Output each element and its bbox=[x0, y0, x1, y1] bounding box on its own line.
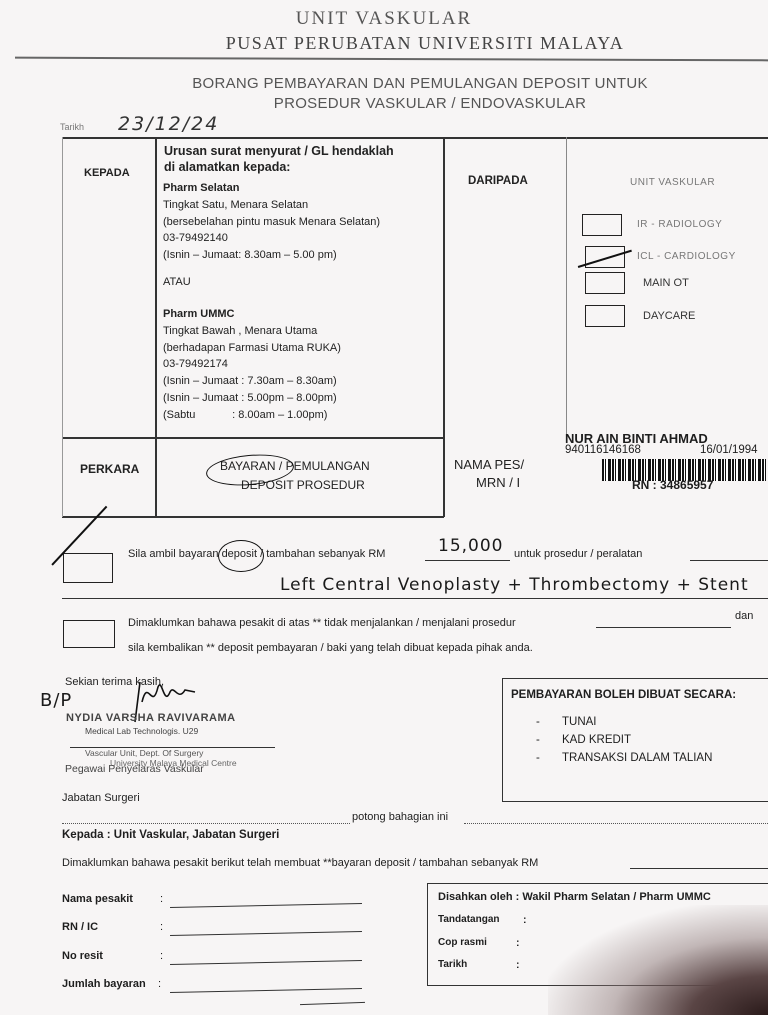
option2-line1: Dimaklumkan bahawa pesakit di atas ** ti… bbox=[128, 617, 516, 629]
pharm-ummc-address: Pharm UMMC Tingkat Bawah , Menara Utama(… bbox=[163, 306, 341, 424]
address-line: (Isnin – Jumaat : 7.30am – 8.30am) bbox=[163, 373, 341, 390]
bp-note: B/P bbox=[40, 690, 72, 711]
urusan-text: Urusan surat menyurat / GL hendaklah di … bbox=[164, 143, 394, 175]
option2-line2: sila kembalikan ** deposit pembayaran / … bbox=[128, 642, 533, 654]
unit-label: ICL - CARDIOLOGY bbox=[637, 251, 736, 262]
role-text: Pegawai Penyelaras Vaskular bbox=[65, 763, 204, 775]
colon: : bbox=[158, 978, 161, 990]
colon: : bbox=[523, 914, 527, 926]
slip-statement: Dimaklumkan bahawa pesakit berikut telah… bbox=[62, 857, 538, 869]
perkara-label: PERKARA bbox=[80, 462, 139, 476]
verify-field-label: Tandatangan bbox=[438, 914, 499, 925]
patient-dob: 16/01/1994 bbox=[700, 444, 758, 456]
payment-methods-box: PEMBAYARAN BOLEH DIBUAT SECARA: -TUNAI-K… bbox=[502, 678, 768, 802]
stamp-line2: Vascular Unit, Dept. Of Surgery bbox=[85, 748, 203, 758]
unit-vaskular-label: UNIT VASKULAR bbox=[630, 177, 715, 188]
payment-method-label: KAD KREDIT bbox=[562, 734, 631, 746]
slip-kepada: Kepada : Unit Vaskular, Jabatan Surgeri bbox=[62, 829, 279, 841]
slip-field-input[interactable] bbox=[170, 988, 362, 993]
colon: : bbox=[516, 937, 520, 949]
option2-dan: dan bbox=[735, 610, 753, 622]
slip-field-label: No resit bbox=[62, 950, 103, 962]
verify-field-label: Cop rasmi bbox=[438, 937, 487, 948]
patient-rn: RN : 34865957 bbox=[632, 478, 713, 492]
slip-field-label: RN / IC bbox=[62, 921, 98, 933]
payment-method-item: -TRANSAKSI DALAM TALIAN bbox=[536, 752, 712, 764]
payment-method-label: TUNAI bbox=[562, 716, 597, 728]
daripada-label: DARIPADA bbox=[468, 175, 528, 187]
option2-checkbox[interactable] bbox=[63, 620, 115, 648]
address-line: (bersebelahan pintu masuk Menara Selatan… bbox=[163, 214, 380, 231]
bullet-dash: - bbox=[536, 734, 562, 746]
peralatan-underline bbox=[690, 560, 768, 561]
payment-method-item: -TUNAI bbox=[536, 716, 597, 728]
form-title-line2: PROSEDUR VASKULAR / ENDOVASKULAR bbox=[0, 95, 768, 112]
option1-checkbox[interactable] bbox=[63, 553, 113, 583]
address-line: 03-79492140 bbox=[163, 230, 380, 247]
option1-text: Sila ambil bayaran deposit / tambahan se… bbox=[128, 548, 385, 560]
mrn-label: MRN / I bbox=[476, 475, 520, 490]
table-col-divider bbox=[155, 137, 157, 517]
unit-checkbox-icl-cardiology[interactable] bbox=[585, 246, 625, 268]
perkara-value: BAYARAN / PEMULANGAN DEPOSIT PROSEDUR bbox=[220, 458, 370, 494]
slip-field-input[interactable] bbox=[170, 960, 362, 965]
table-left-border bbox=[62, 137, 63, 517]
deposit-amount[interactable]: 15,000 bbox=[438, 536, 503, 556]
unit-heading: UNIT VASKULAR bbox=[0, 8, 768, 30]
bullet-dash: - bbox=[536, 752, 562, 764]
slip-amount-underline bbox=[630, 868, 768, 869]
kepada-label: KEPADA bbox=[84, 167, 130, 179]
header-divider bbox=[15, 57, 768, 62]
cut-label: potong bahagian ini bbox=[352, 811, 448, 823]
colon: : bbox=[160, 893, 163, 905]
option2-underline bbox=[596, 627, 731, 628]
patient-ic: 940116146168 bbox=[565, 444, 641, 456]
slip-field-input[interactable] bbox=[170, 903, 362, 908]
verify-field-label: Tarikh bbox=[438, 959, 467, 970]
address-line: (Sabtu : 8.00am – 1.00pm) bbox=[163, 407, 341, 424]
cut-line-left bbox=[62, 823, 350, 824]
stamp-name: NYDIA VARSHA RAVIVARAMA bbox=[66, 712, 236, 724]
colon: : bbox=[160, 921, 163, 933]
slip-field-label: Jumlah bayaran bbox=[62, 978, 146, 990]
slip-field-label: Nama pesakit bbox=[62, 893, 133, 905]
address-line: (Isnin – Jumaat : 5.00pm – 8.00pm) bbox=[163, 390, 341, 407]
checkmark-slash bbox=[51, 506, 107, 566]
institution-heading: PUSAT PERUBATAN UNIVERSITI MALAYA bbox=[0, 33, 768, 54]
address-line: Tingkat Satu, Menara Selatan bbox=[163, 197, 380, 214]
atau-label: ATAU bbox=[163, 274, 191, 291]
address-line: Tingkat Bawah , Menara Utama bbox=[163, 323, 341, 340]
date-label: Tarikh bbox=[60, 122, 84, 132]
urusan-line2: di alamatkan kepada: bbox=[164, 159, 394, 175]
procedure-underline bbox=[62, 598, 768, 599]
date-value[interactable]: 23/12/24 bbox=[118, 113, 219, 135]
table-bottom-border bbox=[62, 516, 444, 518]
stamp-line1: Medical Lab Technologis. U29 bbox=[85, 726, 198, 736]
table-col-divider-2 bbox=[443, 137, 445, 517]
cut-line-right bbox=[464, 823, 768, 824]
extra-underline bbox=[300, 1002, 365, 1005]
bullet-dash: - bbox=[536, 716, 562, 728]
table-mid-border bbox=[62, 437, 444, 439]
amount-underline bbox=[425, 560, 510, 561]
address-line: (berhadapan Farmasi Utama RUKA) bbox=[163, 340, 341, 357]
pharm-selatan-address: Pharm Selatan Tingkat Satu, Menara Selat… bbox=[163, 180, 380, 264]
pharm-ummc-name: Pharm UMMC bbox=[163, 306, 341, 323]
unit-label: MAIN OT bbox=[643, 277, 689, 289]
deposit-circled: deposit bbox=[222, 548, 257, 560]
colon: : bbox=[160, 950, 163, 962]
perkara-circled: BAYARAN bbox=[220, 459, 279, 473]
unit-label: IR - RADIOLOGY bbox=[637, 219, 722, 230]
nama-pesakit-label: NAMA PES/ bbox=[454, 457, 524, 472]
verify-title: Disahkan oleh : Wakil Pharm Selatan / Ph… bbox=[438, 891, 711, 903]
urusan-line1: Urusan surat menyurat / GL hendaklah bbox=[164, 143, 394, 159]
table-top-border bbox=[62, 137, 768, 139]
payment-methods-title: PEMBAYARAN BOLEH DIBUAT SECARA: bbox=[511, 689, 736, 701]
unit-checkbox-main-ot[interactable] bbox=[585, 272, 625, 294]
colon: : bbox=[516, 959, 520, 971]
option1-text-b: / tambahan sebanyak RM bbox=[260, 548, 385, 560]
checkmark-slash bbox=[578, 250, 632, 268]
slip-field-input[interactable] bbox=[170, 931, 362, 936]
payment-method-item: -KAD KREDIT bbox=[536, 734, 631, 746]
handwritten-circle bbox=[218, 540, 264, 572]
procedure-value[interactable]: Left Central Venoplasty + Thrombectomy +… bbox=[280, 575, 749, 595]
form-title-line1: BORANG PEMBAYARAN DAN PEMULANGAN DEPOSIT… bbox=[0, 75, 768, 92]
unit-checkbox-ir-radiology[interactable] bbox=[582, 214, 622, 236]
unit-label: DAYCARE bbox=[643, 310, 695, 322]
payment-method-label: TRANSAKSI DALAM TALIAN bbox=[562, 752, 712, 764]
photo-shadow bbox=[548, 905, 768, 1015]
option1-text-a: Sila ambil bayaran bbox=[128, 548, 219, 560]
dept-text: Jabatan Surgeri bbox=[62, 792, 140, 804]
address-line: (Isnin – Jumaat: 8.30am – 5.00 pm) bbox=[163, 247, 380, 264]
option1-text-c: untuk prosedur / peralatan bbox=[514, 548, 642, 560]
address-line: 03-79492174 bbox=[163, 356, 341, 373]
table-col-divider-3 bbox=[566, 137, 567, 437]
unit-checkbox-daycare[interactable] bbox=[585, 305, 625, 327]
pharm-selatan-name: Pharm Selatan bbox=[163, 180, 380, 197]
